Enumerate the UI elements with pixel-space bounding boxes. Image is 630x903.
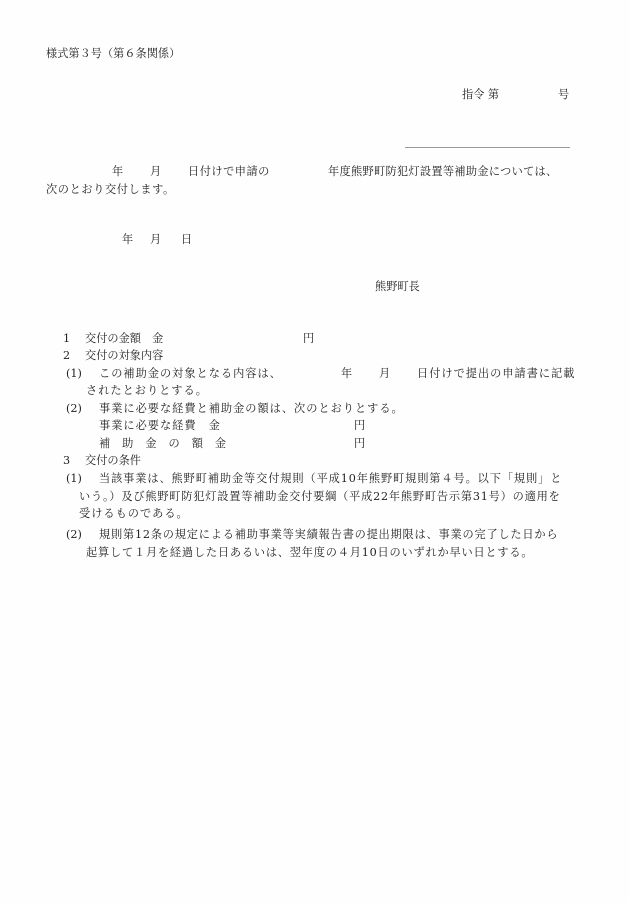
signature-line — [405, 147, 570, 148]
item2-label: 交付の対象内容 — [85, 348, 163, 364]
intro-day-text: 日付けで申請の — [188, 164, 270, 180]
item2-1-text-a: この補助金の対象となる内容は、 — [99, 366, 282, 382]
item2-1-year: 年 — [341, 366, 352, 382]
item2-2-text: 事業に必要な経費と補助金の額は、次のとおりとする。 — [99, 401, 404, 417]
intro-month: 月 — [150, 164, 161, 180]
item1-unit: 円 — [303, 331, 314, 347]
expense-label: 事業に必要な経費 金 — [99, 418, 221, 434]
item1-label: 交付の金額 金 — [85, 331, 163, 347]
date-day: 日 — [181, 232, 192, 248]
item2-1-cont: されたとおりとする。 — [86, 383, 208, 399]
item3-2-line1: 規則第12条の規定による補助事業等実績報告書の提出期限は、事業の完了した日から — [99, 527, 558, 543]
expense-unit: 円 — [354, 418, 365, 434]
item2-2-num: (2) — [66, 401, 82, 417]
subsidy-label: 補 助 金 の 額 金 — [99, 436, 226, 452]
item3-1-line2: いう。）及び熊野町防犯灯設置等補助金交付要綱（平成22年熊野町告示第31号）の適… — [79, 489, 561, 505]
date-year: 年 — [122, 232, 133, 248]
item2-num: 2 — [63, 348, 70, 364]
date-month: 月 — [150, 232, 161, 248]
item2-1-text-b: 日付けで提出の申請書に記載 — [417, 366, 575, 382]
item3-num: 3 — [63, 453, 70, 469]
form-label: 様式第３号（第６条関係） — [46, 46, 180, 62]
issuer: 熊野町長 — [375, 279, 420, 295]
item3-1-line3: 受けるものである。 — [79, 506, 189, 522]
item1-num: 1 — [63, 331, 70, 347]
intro-year: 年 — [112, 164, 123, 180]
order-number-prefix: 指令 第 — [462, 87, 499, 103]
subsidy-unit: 円 — [354, 436, 365, 452]
intro-line2: 次のとおり交付します。 — [46, 182, 175, 198]
item2-1-num: (1) — [66, 366, 82, 382]
order-number-suffix: 号 — [558, 87, 569, 103]
item3-1-line1: 当該事業は、熊野町補助金等交付規則（平成10年熊野町規則第４号。以下「規則」と — [99, 471, 562, 487]
intro-rest: 年度熊野町防犯灯設置等補助金については、 — [328, 164, 558, 180]
item3-1-num: (1) — [66, 471, 82, 487]
item2-1-month: 月 — [379, 366, 390, 382]
item3-label: 交付の条件 — [85, 453, 141, 469]
item3-2-line2: 起算して１月を経過した日あるいは、翌年度の４月10日のいずれか早い日とする。 — [86, 545, 533, 561]
item3-2-num: (2) — [66, 527, 82, 543]
